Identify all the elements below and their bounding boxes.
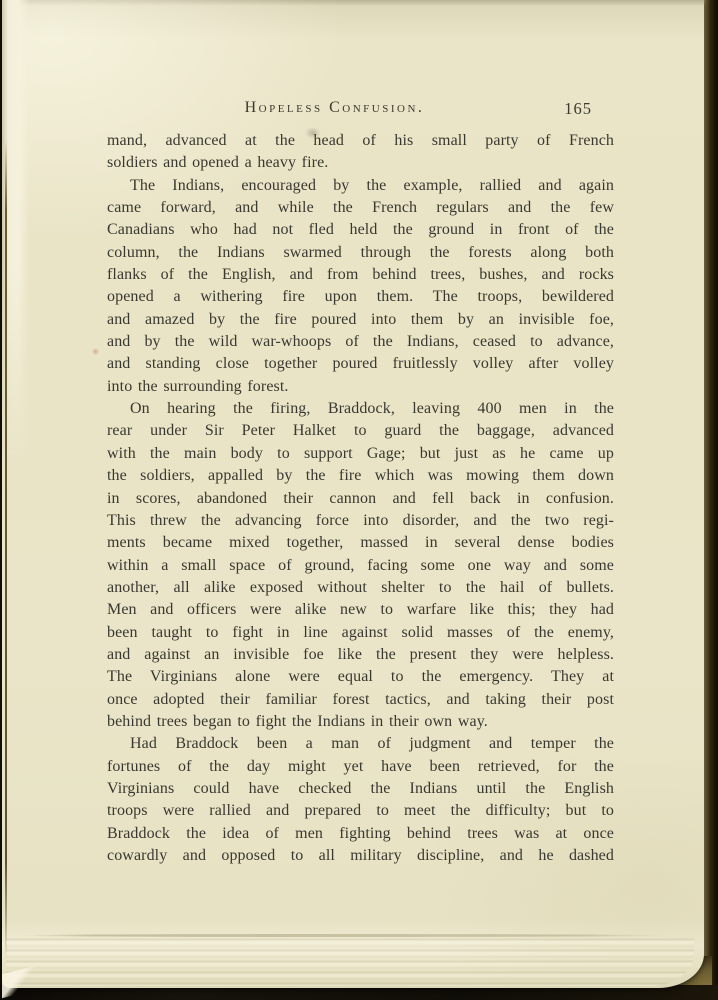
- page-number: 165: [564, 99, 592, 119]
- text-line: mand, advanced at the head of his small …: [107, 130, 614, 152]
- text-line: Men and officers were alike new to warfa…: [107, 599, 614, 621]
- paragraph: On hearing the firing, Braddock, leaving…: [107, 398, 614, 733]
- text-line: and amazed by the fire poured into them …: [107, 309, 614, 331]
- text-line: in scores, abandoned their cannon and fe…: [107, 488, 614, 510]
- text-line: been taught to fight in line against sol…: [107, 622, 614, 644]
- book-page: Hopeless Confusion. 165 mand, advanced a…: [2, 0, 704, 988]
- text-line: column, the Indians swarmed through the …: [107, 242, 614, 264]
- text-line: cowardly and opposed to all military dis…: [107, 845, 614, 867]
- text-line: and against an invisible foe like the pr…: [107, 644, 614, 666]
- text-line: came forward, and while the French regul…: [107, 197, 614, 219]
- text-line: another, all alike exposed without shelt…: [107, 577, 614, 599]
- text-line: The Virginians alone were equal to the e…: [107, 666, 614, 688]
- binding-line: [5, 140, 7, 960]
- text-line: On hearing the firing, Braddock, leaving…: [107, 398, 614, 420]
- text-line: Virginians could have checked the Indian…: [107, 778, 614, 800]
- scanned-book-page: Hopeless Confusion. 165 mand, advanced a…: [0, 0, 718, 1000]
- text-line: opened a withering fire upon them. The t…: [107, 286, 614, 308]
- text-line: rear under Sir Peter Halket to guard the…: [107, 420, 614, 442]
- text-line: within a small space of ground, facing s…: [107, 555, 614, 577]
- text-line: Had Braddock been a man of judgment and …: [107, 733, 614, 755]
- text-line: The Indians, encouraged by the example, …: [107, 175, 614, 197]
- text-line: Canadians who had not fled held the grou…: [107, 219, 614, 241]
- book-cover-right-edge: [702, 0, 718, 1000]
- paragraph: The Indians, encouraged by the example, …: [107, 175, 614, 398]
- paper-smudge: [92, 348, 99, 355]
- text-line: This threw the advancing force into diso…: [107, 510, 614, 532]
- text-line: and standing close together poured fruit…: [107, 353, 614, 375]
- text-line: troops were rallied and prepared to meet…: [107, 800, 614, 822]
- text-line: behind trees began to fight the Indians …: [107, 711, 614, 733]
- text-line: soldiers and opened a heavy fire.: [107, 152, 614, 174]
- page-body: mand, advanced at the head of his small …: [107, 130, 614, 867]
- text-line: flanks of the English, and from behind t…: [107, 264, 614, 286]
- text-line: and by the wild war-whoops of the Indian…: [107, 331, 614, 353]
- text-line: once adopted their familiar forest tacti…: [107, 689, 614, 711]
- text-line: with the main body to support Gage; but …: [107, 443, 614, 465]
- text-line: the soldiers, appalled by the fire which…: [107, 465, 614, 487]
- running-header-title: Hopeless Confusion.: [107, 99, 562, 117]
- paragraph: Had Braddock been a man of judgment and …: [107, 733, 614, 867]
- text-line: into the surrounding forest.: [107, 376, 614, 398]
- page-bottom-edge: [20, 934, 664, 937]
- text-line: fortunes of the day might yet have been …: [107, 756, 614, 778]
- text-line: ments became mixed together, massed in s…: [107, 532, 614, 554]
- text-line: Braddock the idea of men fighting behind…: [107, 823, 614, 845]
- running-header: Hopeless Confusion. 165: [107, 99, 614, 121]
- paragraph: mand, advanced at the head of his small …: [107, 130, 614, 175]
